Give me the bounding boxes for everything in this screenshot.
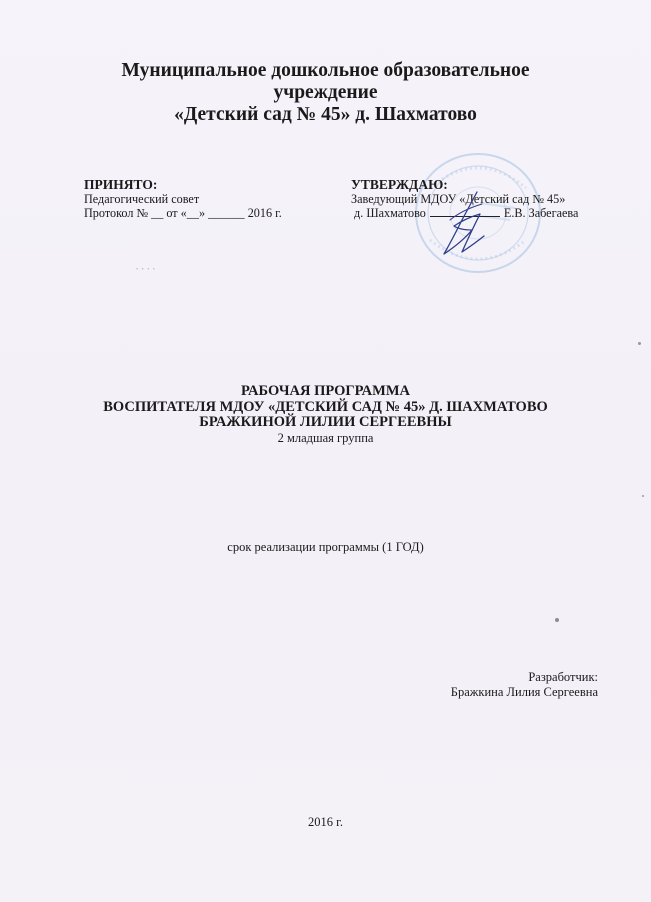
approval-village: д. Шахматово bbox=[354, 206, 426, 220]
program-subtitle-teacher: ВОСПИТАТЕЛЯ МДОУ «ДЕТСКИЙ САД № 45» Д. Ш… bbox=[0, 400, 651, 416]
org-name-line1: Муниципальное дошкольное образовательное bbox=[0, 60, 651, 82]
signature-icon bbox=[432, 190, 492, 258]
program-subtitle-name: БРАЖКИНОЙ ЛИЛИИ СЕРГЕЕВНЫ bbox=[0, 415, 651, 431]
program-group: 2 младшая группа bbox=[0, 431, 651, 445]
scan-mark: • • • • bbox=[136, 267, 156, 273]
accepted-block: ПРИНЯТО: Педагогический совет Протокол №… bbox=[84, 177, 282, 220]
accepted-council: Педагогический совет bbox=[84, 192, 282, 206]
document-page: Муниципальное дошкольное образовательное… bbox=[0, 0, 651, 902]
organization-header: Муниципальное дошкольное образовательное… bbox=[0, 60, 651, 126]
program-title-block: РАБОЧАЯ ПРОГРАММА ВОСПИТАТЕЛЯ МДОУ «ДЕТС… bbox=[0, 384, 651, 445]
document-year: 2016 г. bbox=[0, 815, 651, 830]
approval-head-name: Е.В. Забегаева bbox=[504, 206, 579, 220]
accepted-protocol: Протокол № __ от «__» ______ 2016 г. bbox=[84, 206, 282, 220]
developer-label: Разработчик: bbox=[451, 670, 598, 685]
developer-block: Разработчик: Бражкина Лилия Сергеевна bbox=[451, 670, 598, 700]
org-name-line3: «Детский сад № 45» д. Шахматово bbox=[0, 104, 651, 126]
scan-speck bbox=[642, 495, 644, 497]
developer-name: Бражкина Лилия Сергеевна bbox=[451, 685, 598, 700]
scan-speck bbox=[638, 342, 641, 345]
program-title: РАБОЧАЯ ПРОГРАММА bbox=[0, 384, 651, 400]
program-term: срок реализации программы (1 ГОД) bbox=[0, 540, 651, 555]
scan-speck bbox=[555, 618, 559, 622]
accepted-title: ПРИНЯТО: bbox=[84, 177, 282, 192]
org-name-line2: учреждение bbox=[0, 82, 651, 104]
